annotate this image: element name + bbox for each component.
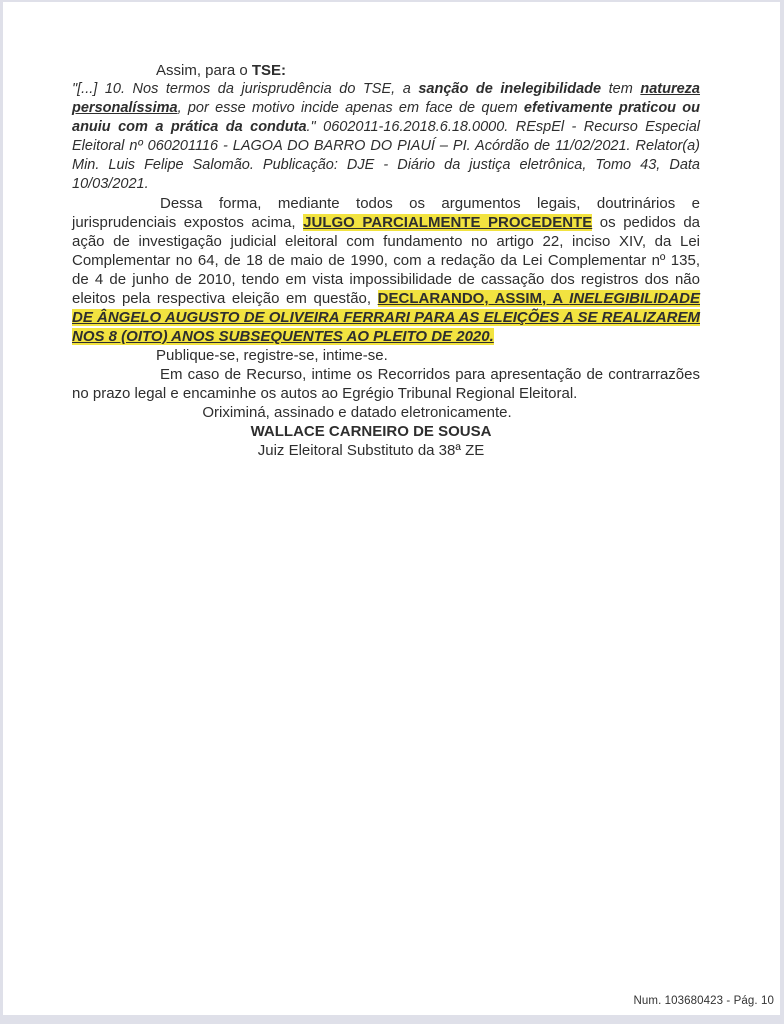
judge-title: Juiz Eleitoral Substituto da 38ª ZE — [72, 441, 700, 460]
text-run: "[...] 10. Nos termos da jurisprudência … — [72, 81, 418, 97]
intro-line: Assim, para o TSE: — [72, 61, 700, 80]
text-run: Assim, para o — [156, 62, 252, 79]
decision-paragraph: Dessa forma, mediante todos os argumento… — [72, 194, 700, 346]
text-run: sanção de inelegibilidade — [418, 81, 601, 97]
appeal-instruction-paragraph: Em caso de Recurso, intime os Recorridos… — [72, 365, 700, 403]
publish-order-line: Publique-se, registre-se, intime-se. — [72, 346, 700, 365]
highlighted-run: DECLARANDO, ASSIM, A — [378, 290, 570, 307]
text-run: , por esse motivo incide apenas em face … — [178, 100, 524, 116]
place-and-signing-line: Oriximiná, assinado e datado eletronicam… — [72, 403, 700, 422]
document-body: Assim, para o TSE: "[...] 10. Nos termos… — [3, 2, 780, 460]
document-page: Assim, para o TSE: "[...] 10. Nos termos… — [3, 2, 780, 1015]
highlighted-run: JULGO PARCIALMENTE PROCEDENTE — [303, 214, 592, 231]
scanned-judicial-document: { "colors": { "highlight": "#f2e340", "t… — [0, 0, 784, 1024]
text-run: tem — [601, 81, 640, 97]
page-number-footer: Num. 103680423 - Pág. 10 — [634, 995, 775, 1007]
text-run: TSE: — [252, 62, 286, 79]
judge-name: WALLACE CARNEIRO DE SOUSA — [72, 422, 700, 441]
jurisprudence-quote: "[...] 10. Nos termos da jurisprudência … — [72, 80, 700, 194]
